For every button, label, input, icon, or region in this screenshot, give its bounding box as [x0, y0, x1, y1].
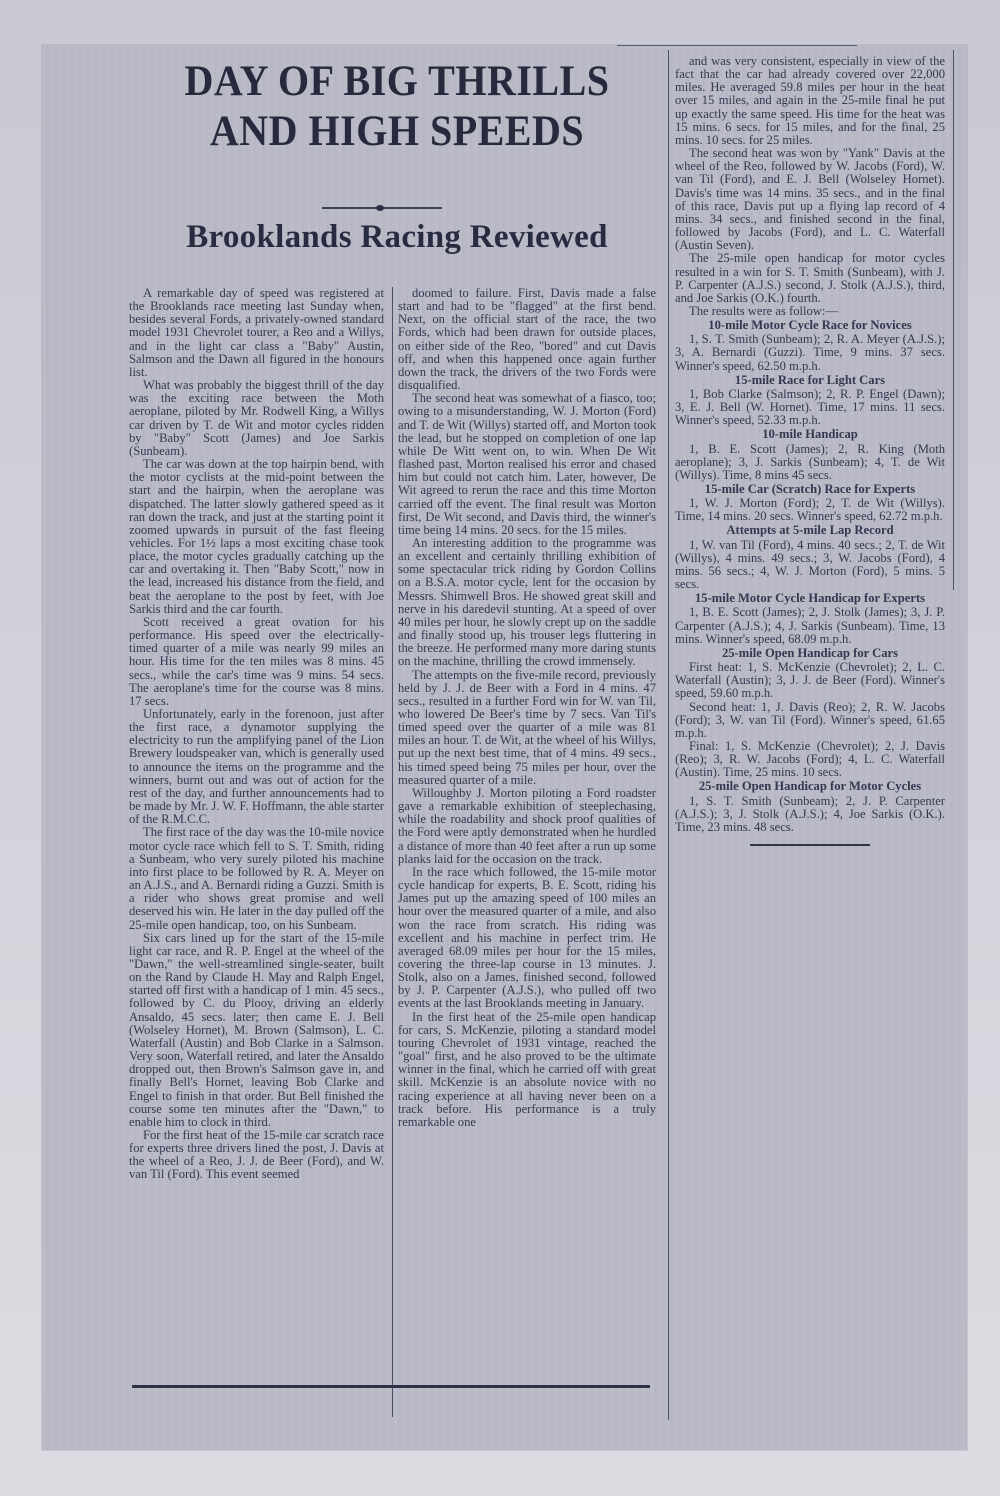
results-entry: 1, W. van Til (Ford), 4 mins. 40 secs.; … — [675, 539, 945, 592]
end-rule — [750, 844, 870, 846]
results-heading: 10-mile Handicap — [675, 428, 945, 441]
paragraph: The second heat was somewhat of a fiasco… — [398, 392, 656, 537]
bottom-rule — [132, 1385, 650, 1388]
results-entry: Second heat: 1, J. Davis (Reo); 2, R. W.… — [675, 701, 945, 740]
paragraph: An interesting addition to the programme… — [398, 537, 656, 669]
paragraph: The second heat was won by "Yank" Davis … — [675, 147, 945, 252]
results-entry: 1, B. E. Scott (James); 2, J. Stolk (Jam… — [675, 606, 945, 645]
results-heading: Attempts at 5-mile Lap Record — [675, 524, 945, 537]
column-3: and was very consistent, especially in v… — [675, 55, 945, 1150]
paragraph: A remarkable day of speed was registered… — [129, 287, 384, 379]
paragraph: Scott received a great ovation for his p… — [129, 616, 384, 708]
paragraph: The first race of the day was the 10-mil… — [129, 826, 384, 931]
paragraph: For the first heat of the 15-mile car sc… — [129, 1129, 384, 1182]
results-heading: 15-mile Car (Scratch) Race for Experts — [675, 483, 945, 496]
results-heading: 10-mile Motor Cycle Race for Novices — [675, 319, 945, 332]
headline: DAY OF BIG THRILLS AND HIGH SPEEDS — [137, 56, 657, 155]
column-divider — [953, 50, 954, 590]
results-heading: 25-mile Open Handicap for Cars — [675, 647, 945, 660]
column-divider — [668, 50, 669, 1420]
results-heading: 15-mile Race for Light Cars — [675, 374, 945, 387]
paragraph: What was probably the biggest thrill of … — [129, 379, 384, 458]
column-divider — [392, 287, 393, 1417]
results-entry: 1, W. J. Morton (Ford); 2, T. de Wit (Wi… — [675, 497, 945, 523]
paragraph: Unfortunately, early in the forenoon, ju… — [129, 708, 384, 826]
paragraph: Six cars lined up for the start of the 1… — [129, 932, 384, 1129]
results-entry: First heat: 1, S. McKenzie (Chevrolet); … — [675, 661, 945, 700]
results-entry: 1, S. T. Smith (Sunbeam); 2, R. A. Meyer… — [675, 333, 945, 372]
subheadline: Brooklands Racing Reviewed — [137, 217, 657, 257]
paragraph: Willoughby J. Morton piloting a Ford roa… — [398, 787, 656, 866]
column-1: A remarkable day of speed was registered… — [129, 287, 384, 1382]
paragraph: The attempts on the five-mile record, pr… — [398, 669, 656, 787]
column-2: doomed to failure. First, Davis made a f… — [398, 287, 656, 1382]
results-entry: 1, S. T. Smith (Sunbeam); 2, J. P. Carpe… — [675, 795, 945, 834]
results-entry: Final: 1, S. McKenzie (Chevrolet); 2, J.… — [675, 740, 945, 779]
ornament-divider — [322, 207, 442, 209]
paragraph: The 25-mile open handicap for motor cycl… — [675, 252, 945, 305]
results-entry: 1, B. E. Scott (James); 2, R. King (Moth… — [675, 443, 945, 482]
paragraph: In the first heat of the 25-mile open ha… — [398, 1011, 656, 1129]
results-heading: 25-mile Open Handicap for Motor Cycles — [675, 780, 945, 793]
newspaper-clipping: DAY OF BIG THRILLS AND HIGH SPEEDS Brook… — [42, 45, 967, 1450]
paragraph: The car was down at the top hairpin bend… — [129, 458, 384, 616]
results-heading: 15-mile Motor Cycle Handicap for Experts — [675, 592, 945, 605]
paragraph: doomed to failure. First, Davis made a f… — [398, 287, 656, 392]
paragraph: and was very consistent, especially in v… — [675, 55, 945, 147]
paragraph: In the race which followed, the 15-mile … — [398, 866, 656, 1011]
article: DAY OF BIG THRILLS AND HIGH SPEEDS Brook… — [127, 45, 957, 1435]
results-entry: 1, Bob Clarke (Salmson); 2, R. P. Engel … — [675, 388, 945, 427]
paragraph: The results were as follow:— — [675, 305, 945, 318]
top-rule — [617, 45, 857, 46]
